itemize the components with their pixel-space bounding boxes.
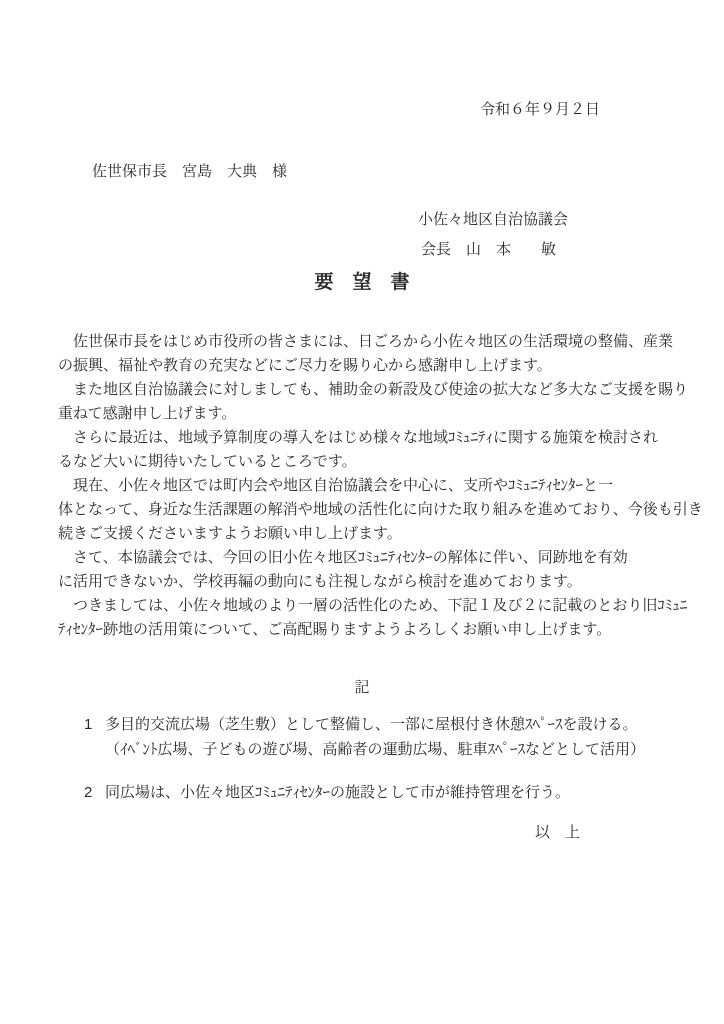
- item-line: 多目的交流広場（芝生敷）として整備し、一部に屋根付き休憩ｽﾍﾟｰｽを設ける。: [105, 712, 645, 737]
- request-item: 1 多目的交流広場（芝生敷）として整備し、一部に屋根付き休憩ｽﾍﾟｰｽを設ける。…: [84, 712, 724, 762]
- body-line: さらに最近は、地域予算制度の導入をはじめ様々な地域ｺﾐｭﾆﾃｨに関する施策を検討…: [58, 426, 694, 450]
- item-line: （ｲﾍﾞﾝﾄ広場、子どもの遊び場、高齢者の運動広場、駐車ｽﾍﾟｰｽなどとして活用…: [105, 737, 645, 762]
- item-text: 同広場は、小佐々地区ｺﾐｭﾆﾃｨｾﾝﾀｰの施設として市が維持管理を行う。: [105, 780, 570, 805]
- item-number: 2: [84, 780, 105, 805]
- body-line: さて、本協議会では、今回の旧小佐々地区ｺﾐｭﾆﾃｨｾﾝﾀｰの解体に伴い、同跡地を…: [58, 546, 694, 570]
- body-line: に活用できないか、学校再編の動向にも注視しながら検討を進めております。: [58, 570, 694, 594]
- body-line: 体となって、身近な生活課題の解消や地域の活性化に向けた取り組みを進めており、今後…: [58, 498, 694, 522]
- body-line: の振興、福祉や教育の充実などにご尽力を賜り心から感謝申し上げます。: [58, 354, 694, 378]
- letter-body: 佐世保市長をはじめ市役所の皆さまには、日ごろから小佐々地区の生活環境の整備、産業…: [0, 330, 724, 642]
- document-title: 要 望 書: [0, 270, 724, 296]
- body-line: るなど大いに期待いたしているところです。: [58, 450, 694, 474]
- record-marker: 記: [0, 676, 724, 700]
- body-line: 重ねて感謝申し上げます。: [58, 402, 694, 426]
- body-line: つきましては、小佐々地域のより一層の活性化のため、下記１及び２に記載のとおり旧ｺ…: [58, 594, 694, 618]
- sender-organization: 小佐々地区自治協議会: [0, 210, 724, 230]
- body-line: 佐世保市長をはじめ市役所の皆さまには、日ごろから小佐々地区の生活環境の整備、産業: [58, 330, 694, 354]
- addressee-line: 佐世保市長 宮島 大典 様: [0, 162, 724, 182]
- closing-marker: 以 上: [0, 823, 724, 843]
- letter-page: 令和６年９月２日 佐世保市長 宮島 大典 様 小佐々地区自治協議会 会長 山 本…: [0, 0, 724, 1024]
- item-text: 多目的交流広場（芝生敷）として整備し、一部に屋根付き休憩ｽﾍﾟｰｽを設ける。（ｲ…: [105, 712, 645, 762]
- item-line: 同広場は、小佐々地区ｺﾐｭﾆﾃｨｾﾝﾀｰの施設として市が維持管理を行う。: [105, 780, 570, 805]
- body-line: また地区自治協議会に対しましても、補助金の新設及び使途の拡大など多大なご支援を賜…: [58, 378, 694, 402]
- sender-name: 会長 山 本 敏: [0, 240, 724, 260]
- body-line: ﾃｨｾﾝﾀｰ跡地の活用策について、ご高配賜りますようよろしくお願い申し上げます。: [58, 618, 694, 642]
- body-line: 続きご支援くださいますようお願い申し上げます。: [58, 522, 694, 546]
- request-item: 2 同広場は、小佐々地区ｺﾐｭﾆﾃｨｾﾝﾀｰの施設として市が維持管理を行う。: [84, 780, 724, 805]
- item-number: 1: [84, 712, 105, 762]
- request-items: 1 多目的交流広場（芝生敷）として整備し、一部に屋根付き休憩ｽﾍﾟｰｽを設ける。…: [0, 712, 724, 805]
- body-line: 現在、小佐々地区では町内会や地区自治協議会を中心に、支所やｺﾐｭﾆﾃｨｾﾝﾀｰと…: [58, 474, 694, 498]
- document-date: 令和６年９月２日: [0, 0, 724, 120]
